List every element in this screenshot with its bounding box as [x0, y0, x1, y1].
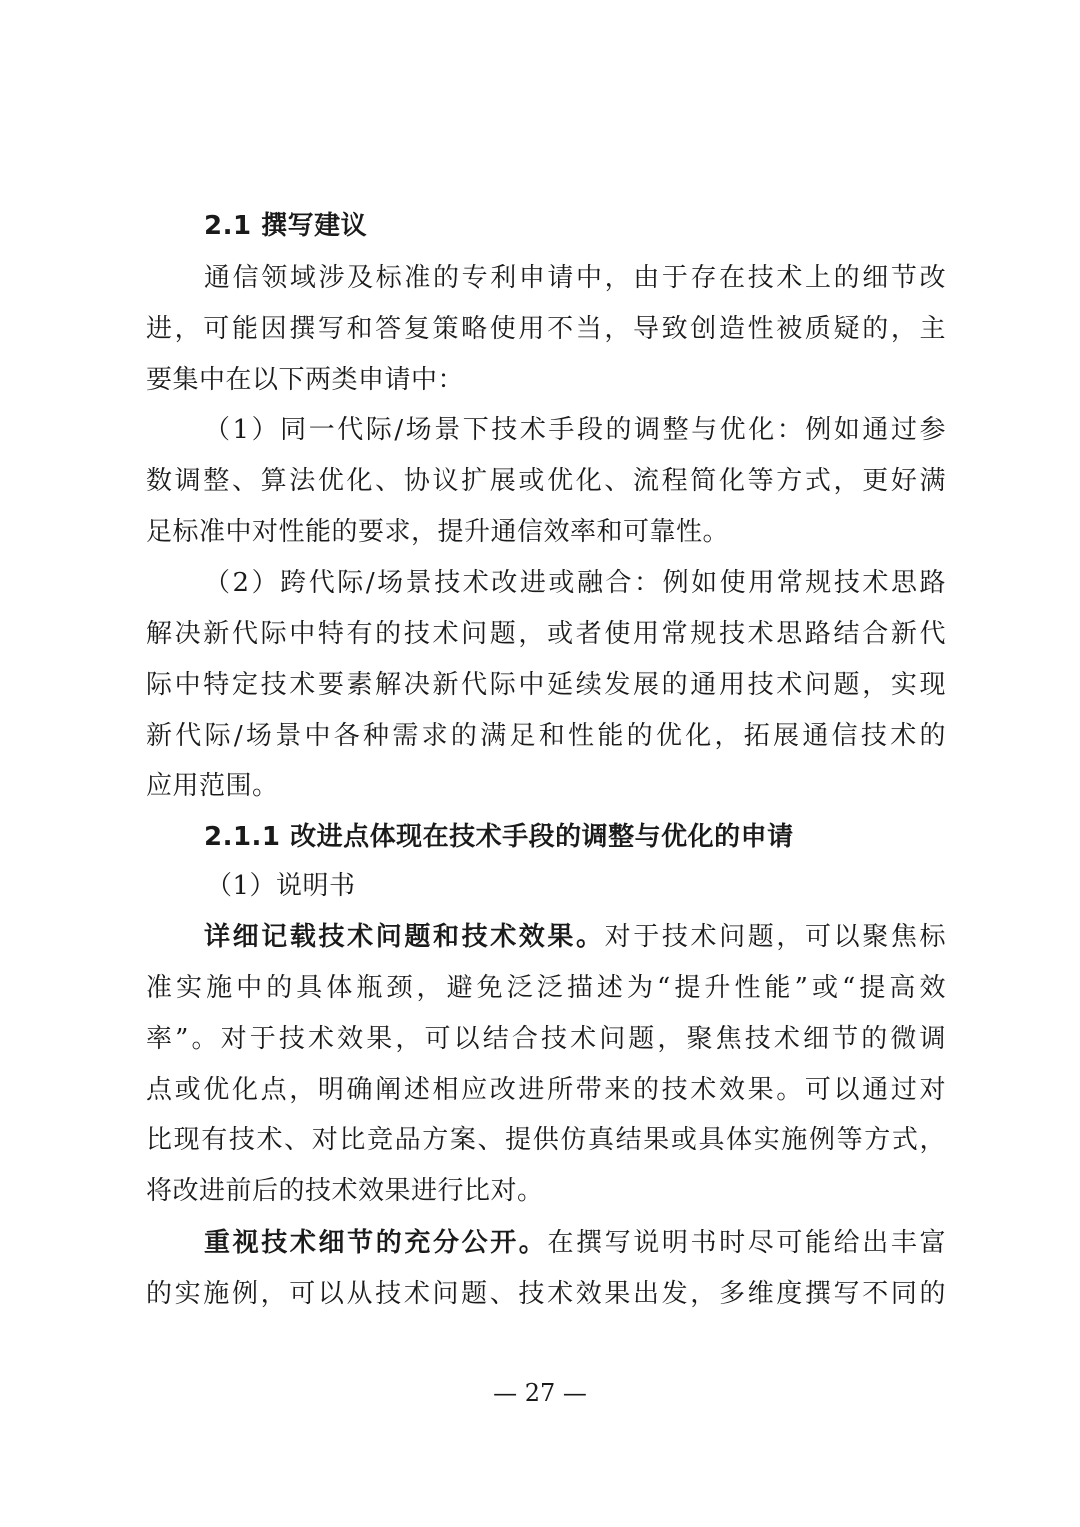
sub-item-heading: （1）说明书 — [206, 866, 948, 906]
paragraph-a-line-5: 比现有技术、对比竞品方案、提供仿真结果或具体实施例等方式， — [146, 1120, 946, 1160]
page-number: — 27 — — [0, 1375, 1080, 1411]
paragraph-a-bold-lead: 详细记载技术问题和技术效果。 — [204, 922, 605, 952]
paragraph-b-line-2: 的实施例，可以从技术问题、技术效果出发，多维度撰写不同的 — [146, 1274, 946, 1314]
item-1-line-3: 足标准中对性能的要求，提升通信效率和可靠性。 — [146, 512, 946, 552]
item-1-line-2: 数调整、算法优化、协议扩展或优化、流程简化等方式，更好满 — [146, 461, 946, 501]
section-heading: 2.1 撰写建议 — [204, 206, 946, 246]
paragraph-b-line-1: 重视技术细节的充分公开。在撰写说明书时尽可能给出丰富 — [204, 1223, 946, 1263]
paragraph-a-line-3: 率”。对于技术效果，可以结合技术问题，聚焦技术细节的微调 — [146, 1019, 946, 1059]
intro-line-3: 要集中在以下两类申请中： — [146, 360, 946, 400]
paragraph-a-line-4: 点或优化点，明确阐述相应改进所带来的技术效果。可以通过对 — [146, 1070, 946, 1110]
intro-line-2: 进，可能因撰写和答复策略使用不当，导致创造性被质疑的，主 — [146, 309, 946, 349]
item-2-line-4: 新代际/场景中各种需求的满足和性能的优化，拓展通信技术的 — [146, 716, 946, 756]
item-2-line-2: 解决新代际中特有的技术问题，或者使用常规技术思路结合新代 — [146, 614, 946, 654]
paragraph-a-line-1: 详细记载技术问题和技术效果。对于技术问题，可以聚焦标 — [204, 917, 946, 957]
item-2-line-1: （2）跨代际/场景技术改进或融合：例如使用常规技术思路 — [204, 563, 946, 603]
item-1-line-1: （1）同一代际/场景下技术手段的调整与优化：例如通过参 — [204, 410, 946, 450]
document-page: 2.1 撰写建议 通信领域涉及标准的专利申请中，由于存在技术上的细节改 进，可能… — [0, 0, 1080, 1527]
item-2-line-3: 际中特定技术要素解决新代际中延续发展的通用技术问题，实现 — [146, 665, 946, 705]
paragraph-a-line-6: 将改进前后的技术效果进行比对。 — [146, 1171, 946, 1211]
paragraph-a-line-2: 准实施中的具体瓶颈，避免泛泛描述为“提升性能”或“提高效 — [146, 968, 946, 1008]
paragraph-b-first-line-rest: 在撰写说明书时尽可能给出丰富 — [547, 1228, 946, 1258]
paragraph-a-first-line-rest: 对于技术问题，可以聚焦标 — [605, 922, 946, 952]
intro-line-1: 通信领域涉及标准的专利申请中，由于存在技术上的细节改 — [204, 258, 946, 298]
paragraph-b-bold-lead: 重视技术细节的充分公开。 — [204, 1228, 547, 1258]
item-2-line-5: 应用范围。 — [146, 766, 946, 806]
subsection-heading: 2.1.1 改进点体现在技术手段的调整与优化的申请 — [204, 817, 946, 857]
